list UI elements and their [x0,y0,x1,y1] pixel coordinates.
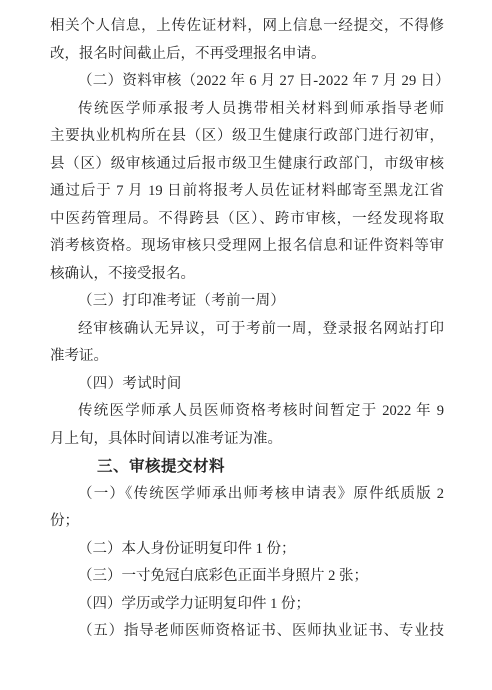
subsection-heading-3: （三）打印准考证（考前一周） [50,288,444,316]
list-item: （三）一寸免冠白底彩色正面半身照片 2 张； [50,563,444,591]
list-item: 份； [50,508,444,536]
section-heading: 三、审核提交材料 [50,453,444,481]
list-item: （五）指导老师医师资格证书、医师执业证书、专业技 [50,618,444,646]
subsection-heading-4: （四）考试时间 [50,371,444,399]
text-line: 核确认，不接受报名。 [50,261,444,289]
text-line: 县（区）级审核通过后报市级卫生健康行政部门，市级审核 [50,151,444,179]
text-line: 传统医学师承人员医师资格考核时间暂定于 2022 年 9 [50,398,444,426]
text-line: 月上旬，具体时间请以准考证为准。 [50,426,444,454]
list-item: （一）《传统医学师承出师考核申请表》原件纸质版 2 [50,481,444,509]
text-line: 经审核确认无异议，可于考前一周，登录报名网站打印 [50,316,444,344]
text-line: 消考核资格。现场审核只受理网上报名信息和证件资料等审 [50,233,444,261]
text-line: 通过后于 7 月 19 日前将报考人员佐证材料邮寄至黑龙江省 [50,178,444,206]
list-item: （四）学历或学力证明复印件 1 份； [50,591,444,619]
text-line: 主要执业机构所在县（区）级卫生健康行政部门进行初审， [50,123,444,151]
text-line: 改，报名时间截止后，不再受理报名申请。 [50,41,444,69]
document-page: 相关个人信息，上传佐证材料，网上信息一经提交，不得修 改，报名时间截止后，不再受… [0,0,492,690]
list-item: （二）本人身份证明复印件 1 份； [50,536,444,564]
text-line: 相关个人信息，上传佐证材料，网上信息一经提交，不得修 [50,13,444,41]
subsection-heading-2: （二）资料审核（2022 年 6 月 27 日-2022 年 7 月 29 日） [50,68,444,96]
text-line: 传统医学师承报考人员携带相关材料到师承指导老师 [50,96,444,124]
text-line: 中医药管理局。不得跨县（区）、跨市审核，一经发现将取 [50,206,444,234]
document-content: 相关个人信息，上传佐证材料，网上信息一经提交，不得修 改，报名时间截止后，不再受… [0,0,492,646]
text-line: 准考证。 [50,343,444,371]
